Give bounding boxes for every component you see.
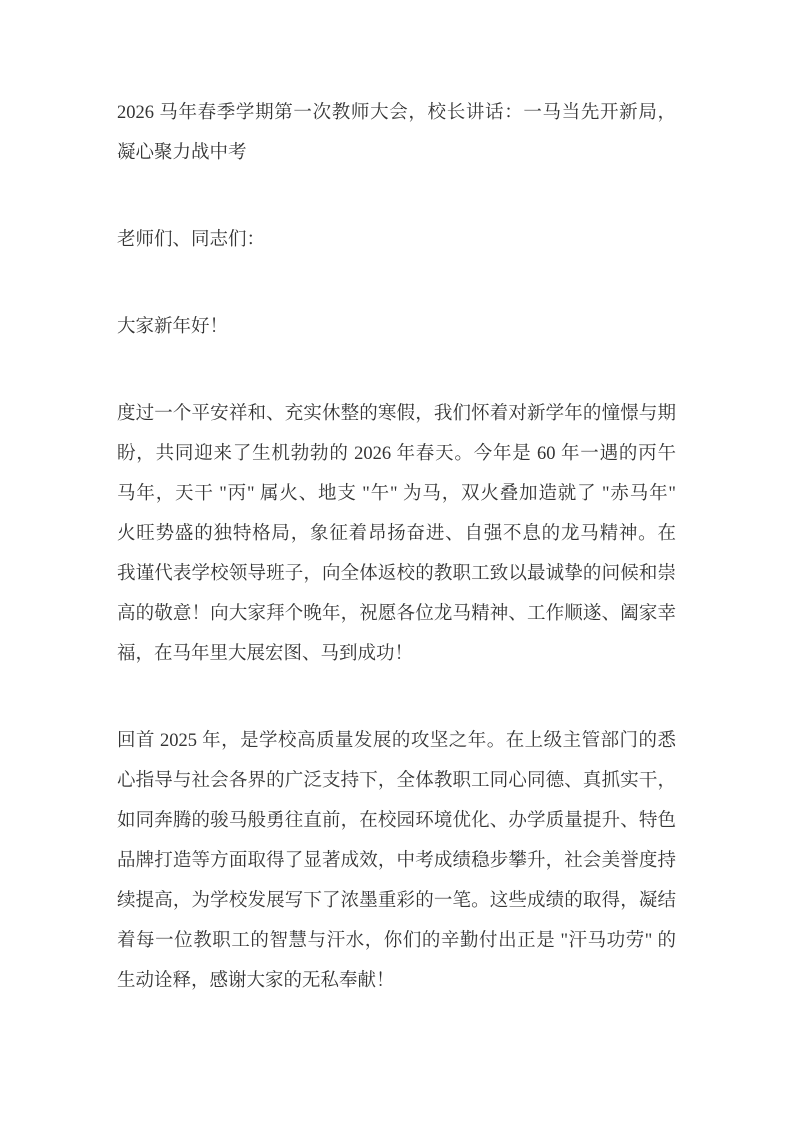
new-year-paragraph: 度过一个平安祥和、充实休整的寒假，我们怀着对新学年的憧憬与期 盼，共同迎来了生机… (117, 394, 676, 674)
paragraph-line: 品牌打造等方面取得了显著成效，中考成绩稳步攀升，社会美誉度持 (117, 841, 676, 881)
paragraph-line: 福，在马年里大展宏图、马到成功！ (117, 634, 676, 674)
paragraph-line: 火旺势盛的独特格局，象征着昂扬奋进、自强不息的龙马精神。在此， (117, 514, 676, 554)
paragraph-line: 我谨代表学校领导班子，向全体返校的教职工致以最诚挚的问候和崇 (117, 554, 676, 594)
title-line-1: 2026 马年春季学期第一次教师大会，校长讲话：一马当先开新局， (117, 93, 676, 133)
title-line-2: 凝心聚力战中考 (117, 133, 676, 173)
document-page: 2026 马年春季学期第一次教师大会，校长讲话：一马当先开新局， 凝心聚力战中考… (0, 0, 793, 1122)
greeting-line: 大家新年好！ (117, 307, 676, 347)
document-content: 2026 马年春季学期第一次教师大会，校长讲话：一马当先开新局， 凝心聚力战中考… (117, 93, 676, 1001)
review-2025-paragraph: 回首 2025 年，是学校高质量发展的攻坚之年。在上级主管部门的悉 心指导与社会… (117, 721, 676, 1001)
paragraph-line: 如同奔腾的骏马般勇往直前，在校园环境优化、办学质量提升、特色 (117, 801, 676, 841)
paragraph-line: 度过一个平安祥和、充实休整的寒假，我们怀着对新学年的憧憬与期 (117, 394, 676, 434)
paragraph-line: 高的敬意！向大家拜个晚年，祝愿各位龙马精神、工作顺遂、阖家幸 (117, 594, 676, 634)
paragraph-line: 生动诠释，感谢大家的无私奉献！ (117, 961, 676, 1001)
paragraph-line: 马年，天干 "丙" 属火、地支 "午" 为马，双火叠加造就了 "赤马年" (117, 474, 676, 514)
salutation-line: 老师们、同志们： (117, 220, 676, 260)
salutation-paragraph: 老师们、同志们： (117, 220, 676, 260)
paragraph-line: 回首 2025 年，是学校高质量发展的攻坚之年。在上级主管部门的悉 (117, 721, 676, 761)
paragraph-line: 续提高，为学校发展写下了浓墨重彩的一笔。这些成绩的取得，凝结 (117, 881, 676, 921)
paragraph-line: 着每一位教职工的智慧与汗水，你们的辛勤付出正是 "汗马功劳" 的 (117, 921, 676, 961)
paragraph-line: 盼，共同迎来了生机勃勃的 2026 年春天。今年是 60 年一遇的丙午 (117, 434, 676, 474)
paragraph-line: 心指导与社会各界的广泛支持下，全体教职工同心同德、真抓实干， (117, 761, 676, 801)
greeting-paragraph: 大家新年好！ (117, 307, 676, 347)
document-title: 2026 马年春季学期第一次教师大会，校长讲话：一马当先开新局， 凝心聚力战中考 (117, 93, 676, 173)
